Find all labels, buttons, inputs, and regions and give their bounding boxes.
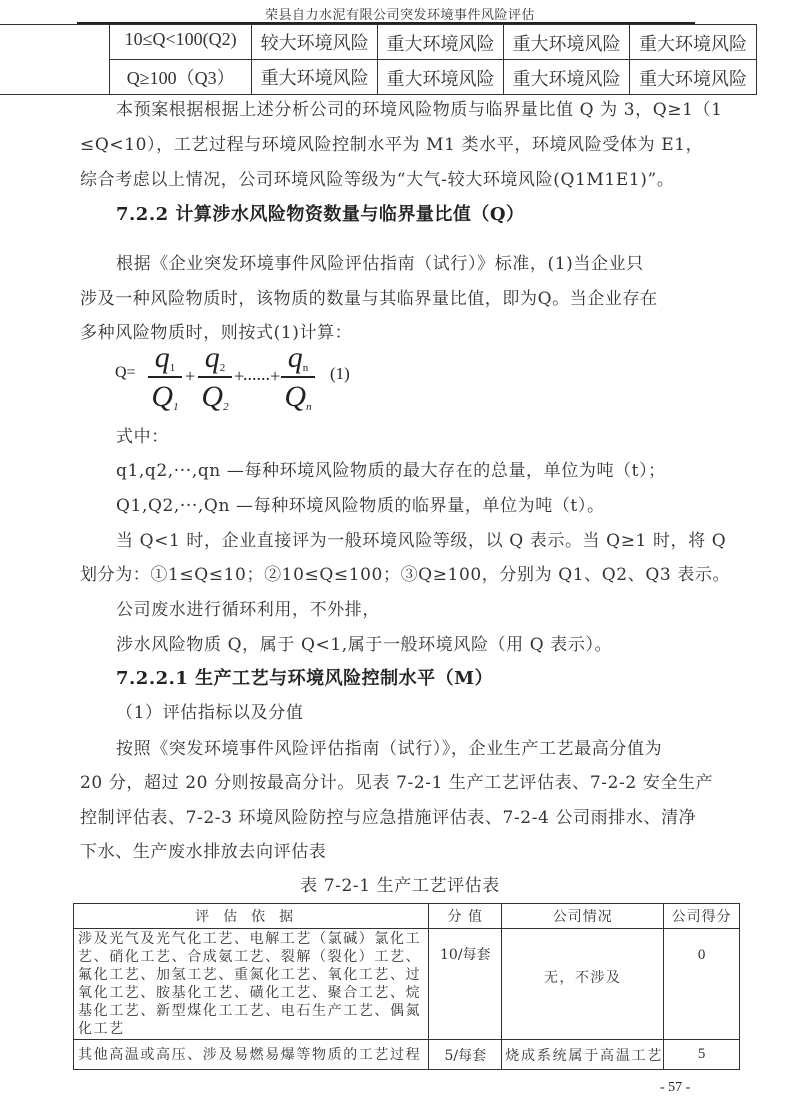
score-cell: 5 [664, 1040, 740, 1070]
risk-level-cell: 重大环境风险 [630, 25, 757, 60]
paragraph-line: 本预案根据根据上述分析公司的环境风险物质与临界量比值 Q 为 3，Q≥1（1 [116, 95, 723, 120]
formula-fraction: q1 Q1 [145, 340, 185, 416]
paragraph-line: 根据《企业突发环境事件风险评估指南（试行）》标准，(1)当企业只 [116, 249, 644, 274]
risk-level-cell: 重大环境风险 [252, 60, 378, 95]
risk-level-cell: 重大环境风险 [378, 25, 504, 60]
risk-level-cell: 重大环境风险 [378, 60, 504, 95]
column-header-score: 公司得分 [664, 904, 740, 929]
denominator: Q [201, 380, 223, 413]
value-cell: 5/每套 [429, 1040, 502, 1070]
table-row: 其他高温或高压、涉及易燃易爆等物质的工艺过程 5/每套 烧成系统属于高温工艺 5 [74, 1040, 740, 1070]
empty-cell [0, 25, 110, 95]
page-header-title: 荣县自力水泥有限公司突发环境事件风险评估 [0, 4, 800, 23]
risk-level-cell: 较大环境风险 [252, 25, 378, 60]
denominator: Q [284, 380, 306, 413]
situation-cell: 烧成系统属于高温工艺 [502, 1040, 664, 1070]
column-header-value: 分 值 [429, 904, 502, 929]
equation-number: (1) [330, 364, 350, 384]
column-header-situation: 公司情况 [502, 904, 664, 929]
numerator-subscript: 2 [220, 362, 226, 374]
denominator-subscript: 1 [173, 401, 179, 413]
table-row: 10≤Q<100(Q2) 较大环境风险 重大环境风险 重大环境风险 重大环境风险 [0, 25, 757, 60]
paragraph-line: 划分为：①1≤Q≤10；②10≤Q≤100；③Q≥100，分别为 Q1、Q2、Q… [80, 560, 730, 585]
paragraph-line: 控制评估表、7-2-3 环境风险防控与应急措施评估表、7-2-4 公司雨排水、清… [80, 803, 696, 828]
page-number: - 57 - [660, 1080, 690, 1096]
q-condition-cell: Q≥100（Q3） [110, 60, 252, 95]
paragraph-line: 公司废水进行循环利用，不外排， [116, 595, 380, 620]
definition-line: q1,q2,···,qn —每种环境风险物质的最大存在的总量，单位为吨（t）； [116, 456, 666, 481]
paragraph-line: 下水、生产废水排放去向评估表 [80, 837, 326, 862]
numerator-subscript: 1 [170, 362, 176, 374]
numerator-subscript: n [303, 362, 309, 374]
basis-cell: 涉及光气及光气化工艺、电解工艺（氯碱）氯化工艺、硝化工艺、合成氨工艺、裂解（裂化… [74, 929, 429, 1040]
formula-lhs: Q= [115, 364, 136, 382]
denominator-subscript: 2 [223, 401, 229, 413]
paragraph-line: 涉水风险物质 Q，属于 Q<1,属于一般环境风险（用 Q 表示）。 [116, 630, 612, 655]
numerator: q [155, 341, 170, 374]
table-caption: 表 7-2-1 生产工艺评估表 [0, 871, 800, 896]
numerator: q [288, 341, 303, 374]
where-label: 式中： [116, 422, 169, 447]
paragraph-line: 综合考虑以上情况，公司环境风险等级为“大气-较大环境风险(Q1M1E1)”。 [80, 165, 674, 190]
process-evaluation-table: 评估依据 分 值 公司情况 公司得分 涉及光气及光气化工艺、电解工艺（氯碱）氯化… [73, 903, 740, 1070]
table-row: 涉及光气及光气化工艺、电解工艺（氯碱）氯化工艺、硝化工艺、合成氨工艺、裂解（裂化… [74, 929, 740, 1040]
q-ratio-formula: Q= q1 Q1 + q2 Q2 + ...... + qn Qn (1) [115, 340, 375, 420]
section-heading-7-2-2: 7.2.2 计算涉水风险物资数量与临界量比值（Q） [116, 200, 525, 226]
subheading: （1）评估指标以及分值 [116, 698, 303, 723]
value-cell: 10/每套 [429, 929, 502, 1040]
denominator-subscript: n [306, 401, 312, 413]
basis-cell: 其他高温或高压、涉及易燃易爆等物质的工艺过程 [74, 1040, 429, 1070]
numerator: q [205, 341, 220, 374]
formula-fraction: qn Qn [278, 340, 318, 416]
plus-operator: + [185, 366, 195, 387]
formula-fraction: q2 Q2 [195, 340, 235, 416]
risk-level-cell: 重大环境风险 [504, 25, 630, 60]
table-row: Q≥100（Q3） 重大环境风险 重大环境风险 重大环境风险 重大环境风险 [0, 60, 757, 95]
definition-line: Q1,Q2,···,Qn —每种环境风险物质的临界量，单位为吨（t）。 [116, 491, 605, 516]
paragraph-line: 涉及一种风险物质时，该物质的数量与其临界量比值，即为Q。当企业存在 [80, 284, 658, 309]
q-condition-cell: 10≤Q<100(Q2) [110, 25, 252, 60]
paragraph-line: 当 Q<1 时，企业直接评为一般环境风险等级，以 Q 表示。当 Q≥1 时，将 … [116, 526, 726, 551]
denominator: Q [151, 380, 173, 413]
table-header-row: 评估依据 分 值 公司情况 公司得分 [74, 904, 740, 929]
section-heading-7-2-2-1: 7.2.2.1 生产工艺与环境风险控制水平（M） [116, 664, 493, 690]
risk-matrix-table: 10≤Q<100(Q2) 较大环境风险 重大环境风险 重大环境风险 重大环境风险… [0, 24, 757, 95]
column-header-basis: 评估依据 [74, 904, 429, 929]
score-cell: 0 [664, 929, 740, 1040]
paragraph-line: 按照《突发环境事件风险评估指南（试行）》，企业生产工艺最高分值为 [116, 734, 662, 759]
risk-level-cell: 重大环境风险 [504, 60, 630, 95]
risk-level-cell: 重大环境风险 [630, 60, 757, 95]
paragraph-line: ≤Q<10），工艺过程与环境风险控制水平为 M1 类水平，环境风险受体为 E1， [80, 130, 703, 155]
situation-cell: 无，不涉及 [502, 929, 664, 1040]
paragraph-line: 20 分，超过 20 分则按最高分计。见表 7-2-1 生产工艺评估表、7-2-… [80, 768, 713, 793]
ellipsis: ...... [243, 364, 270, 385]
